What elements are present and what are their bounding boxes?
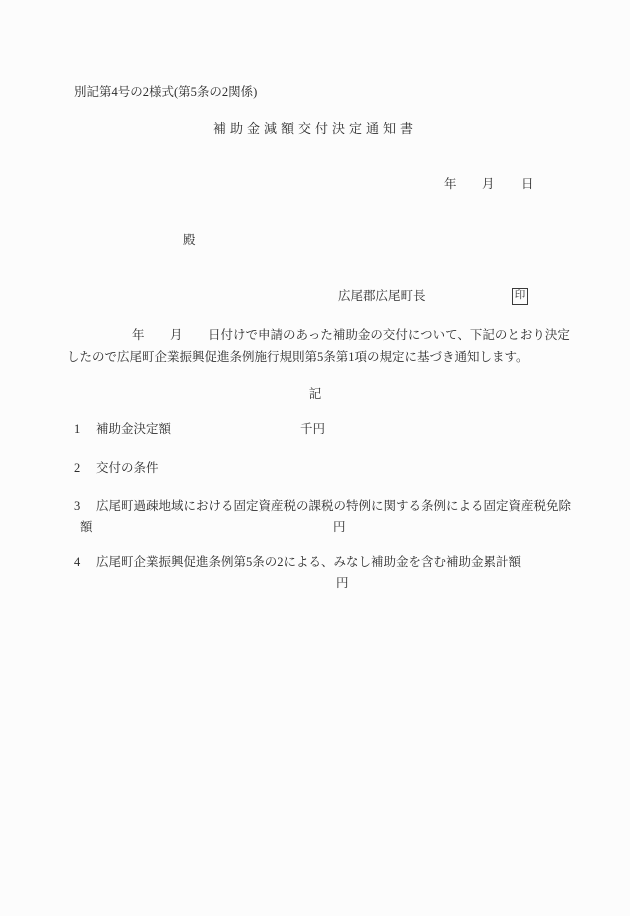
record-heading: 記 (0, 386, 630, 402)
item-1-label: 補助金決定額 (96, 421, 171, 437)
item-3-unit: 円 (333, 519, 346, 535)
item-3-number: 3 (74, 498, 80, 514)
seal-stamp: 印 (512, 288, 528, 305)
date-month-label: 月 (482, 176, 495, 192)
item-4-number: 4 (74, 554, 80, 570)
addressee-honorific: 殿 (183, 232, 196, 248)
document-title: 補助金減額交付決定通知書 (0, 121, 630, 138)
body-line2-text: したので広尾町企業振興促進条例施行規則第5条第1項の規定に基づき通知します。 (67, 349, 529, 365)
item-3-label-continuation: 額 (80, 519, 93, 535)
body-month-label: 月 (170, 327, 183, 343)
item-2-number: 2 (74, 460, 80, 476)
sender-name: 広尾郡広尾町長 (338, 288, 426, 304)
item-1-number: 1 (74, 421, 80, 437)
item-2-label: 交付の条件 (96, 460, 159, 476)
body-year-label: 年 (132, 327, 145, 343)
document-page: 別記第4号の2様式(第5条の2関係) 補助金減額交付決定通知書 年 月 日 殿 … (0, 0, 630, 916)
item-1-unit: 千円 (300, 421, 325, 437)
date-day-label: 日 (521, 176, 534, 192)
body-line1-text: 日付けで申請のあった補助金の交付について、下記のとおり決定 (208, 327, 570, 343)
form-number: 別記第4号の2様式(第5条の2関係) (74, 84, 257, 100)
item-4-unit: 円 (336, 575, 349, 591)
item-4-label: 広尾町企業振興促進条例第5条の2による、みなし補助金を含む補助金累計額 (96, 554, 521, 570)
seal-label: 印 (515, 291, 526, 302)
date-year-label: 年 (444, 176, 457, 192)
item-3-label: 広尾町過疎地域における固定資産税の課税の特例に関する条例による固定資産税免除 (96, 498, 571, 514)
